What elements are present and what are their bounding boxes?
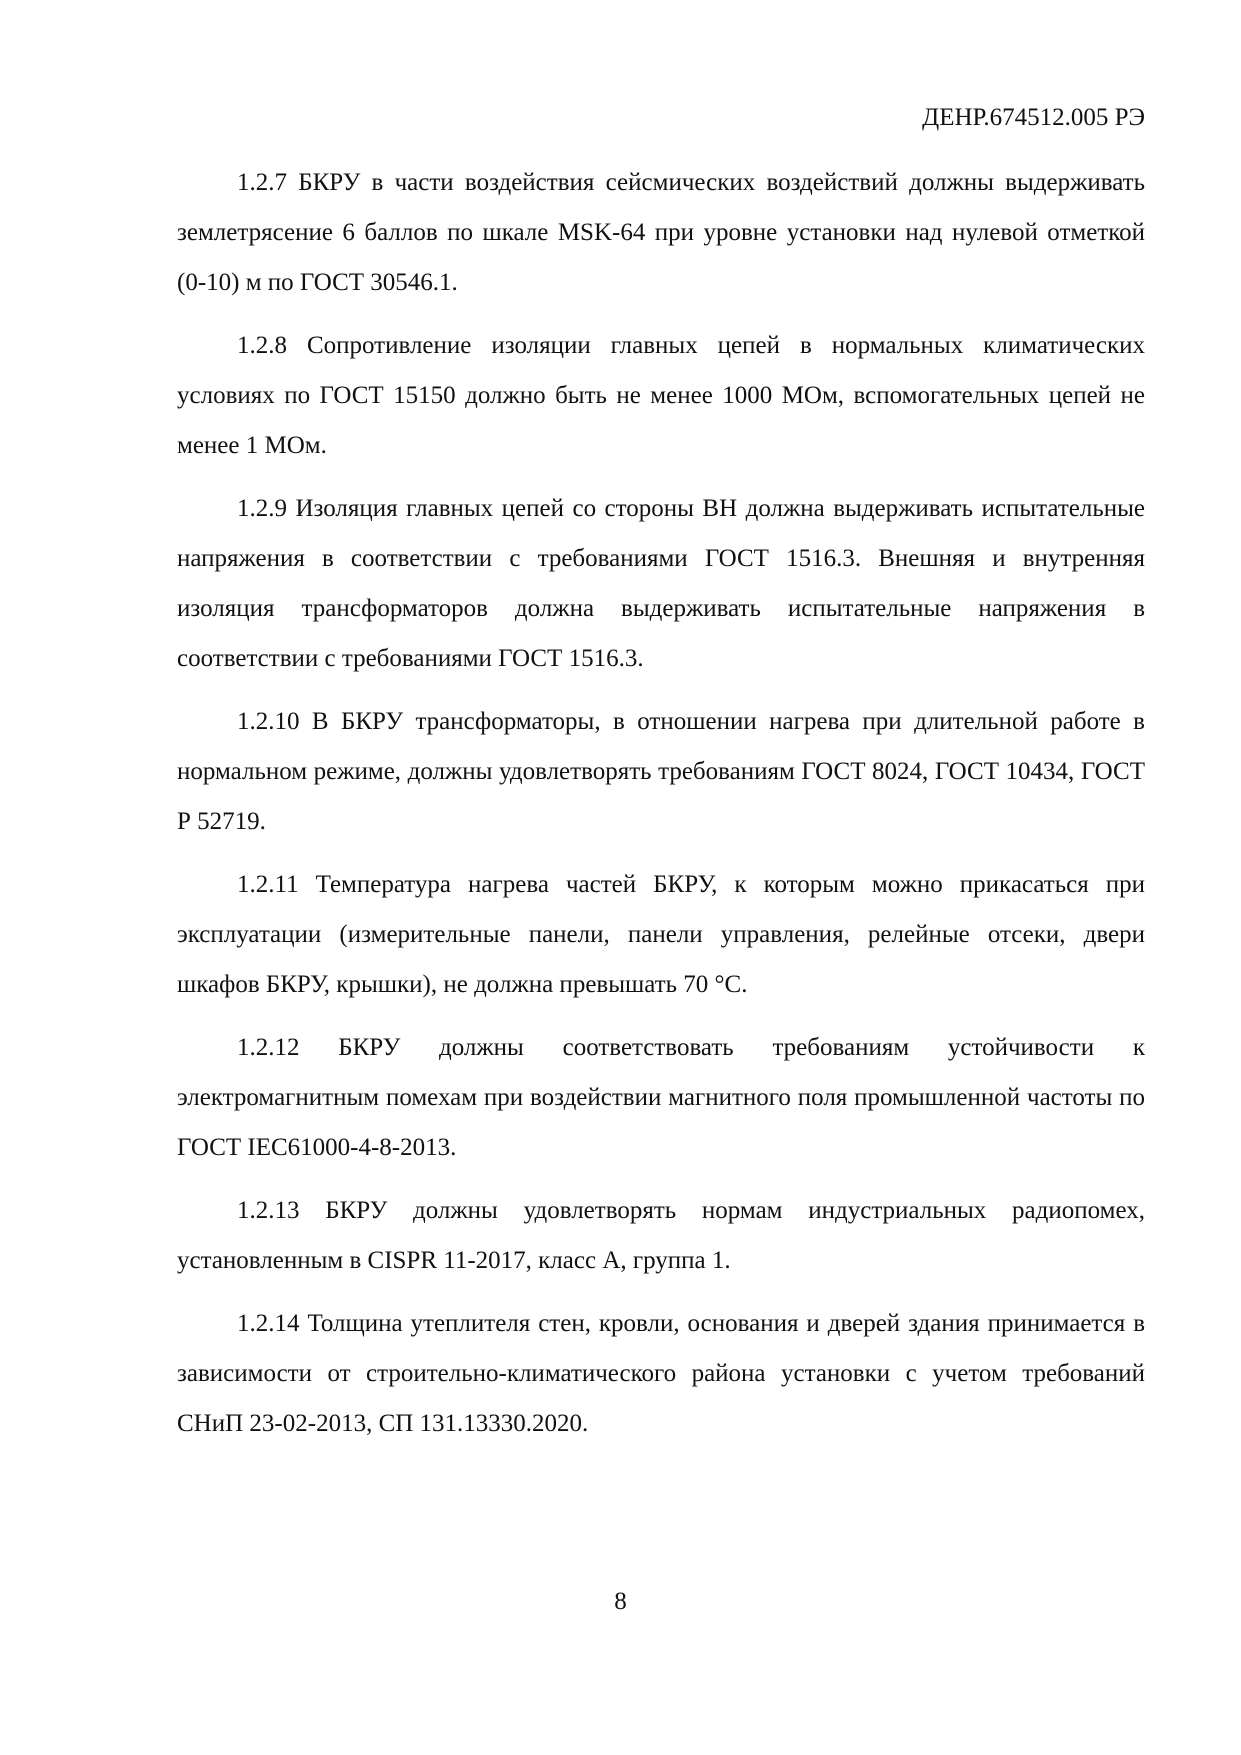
document-body: 1.2.7 БКРУ в части воздействия сейсмичес… xyxy=(177,158,1145,1462)
paragraph-1-2-12: 1.2.12 БКРУ должны соответствовать требо… xyxy=(177,1023,1145,1173)
page-number: 8 xyxy=(0,1586,1241,1618)
paragraph-1-2-9: 1.2.9 Изоляция главных цепей со стороны … xyxy=(177,484,1145,684)
paragraph-1-2-8: 1.2.8 Сопротивление изоляции главных цеп… xyxy=(177,321,1145,471)
document-code-header: ДЕНР.674512.005 РЭ xyxy=(922,102,1145,134)
paragraph-1-2-13: 1.2.13 БКРУ должны удовлетворять нормам … xyxy=(177,1186,1145,1286)
paragraph-1-2-7: 1.2.7 БКРУ в части воздействия сейсмичес… xyxy=(177,158,1145,308)
paragraph-1-2-10: 1.2.10 В БКРУ трансформаторы, в отношени… xyxy=(177,697,1145,847)
paragraph-1-2-14: 1.2.14 Толщина утеплителя стен, кровли, … xyxy=(177,1299,1145,1449)
paragraph-1-2-11: 1.2.11 Температура нагрева частей БКРУ, … xyxy=(177,860,1145,1010)
